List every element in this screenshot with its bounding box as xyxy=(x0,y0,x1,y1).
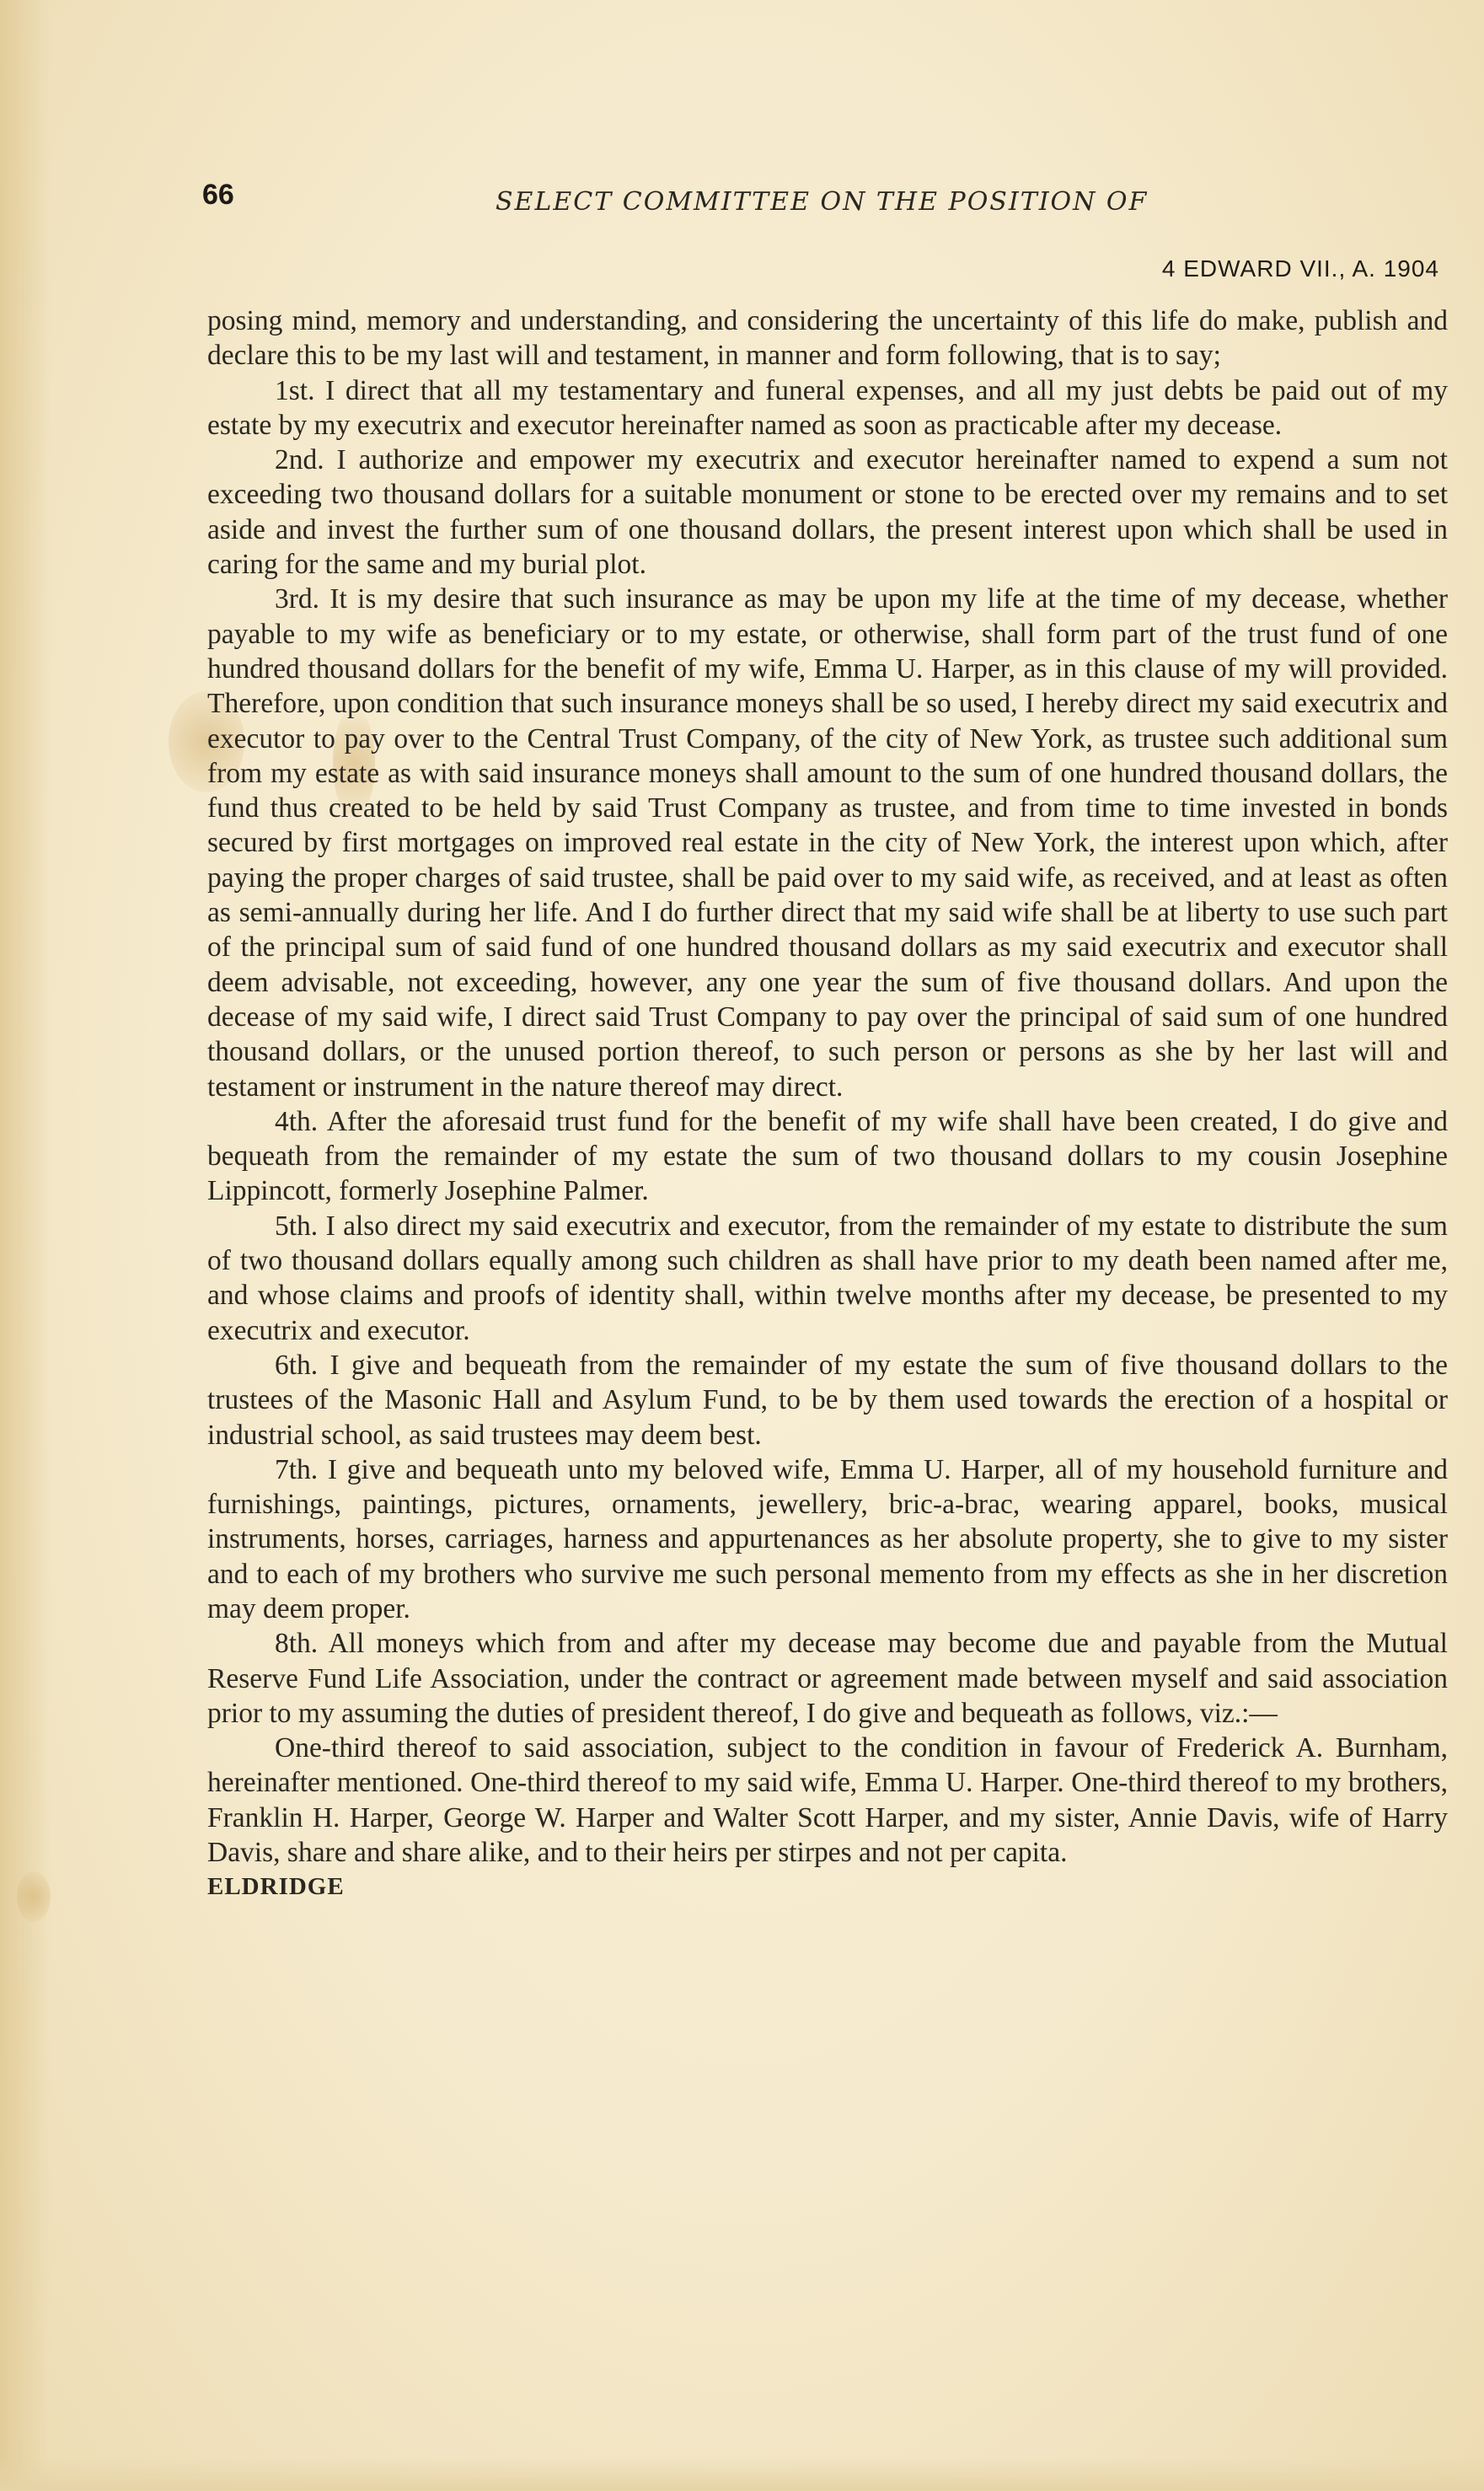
paragraph-clause-8th: 8th. All moneys which from and after my … xyxy=(207,1626,1448,1731)
paragraph-clause-2nd: 2nd. I authorize and empower my executri… xyxy=(207,443,1448,582)
paragraph-clause-1st: 1st. I direct that all my testamentary a… xyxy=(207,373,1448,443)
body-text: posing mind, memory and understanding, a… xyxy=(207,303,1448,1905)
paragraph-clause-4th: 4th. After the aforesaid trust fund for … xyxy=(207,1104,1448,1209)
paragraph-one-third-distribution: One-third thereof to said association, s… xyxy=(207,1731,1448,1870)
signature-eldridge: ELDRIDGE xyxy=(207,1870,1448,1904)
running-title: SELECT COMMITTEE ON THE POSITION OF xyxy=(496,187,1148,217)
paragraph-clause-5th: 5th. I also direct my said executrix and… xyxy=(207,1209,1448,1348)
paper-stain xyxy=(17,1871,51,1922)
paragraph-clause-3rd: 3rd. It is my desire that such insurance… xyxy=(207,582,1448,1103)
document-page: 66 SELECT COMMITTEE ON THE POSITION OF 4… xyxy=(0,0,1484,2491)
paragraph-continuation: posing mind, memory and understanding, a… xyxy=(207,303,1448,373)
paragraph-clause-7th: 7th. I give and bequeath unto my beloved… xyxy=(207,1452,1448,1626)
paragraph-clause-6th: 6th. I give and bequeath from the remain… xyxy=(207,1348,1448,1452)
session-reference: 4 EDWARD VII., A. 1904 xyxy=(1162,255,1439,282)
page-number: 66 xyxy=(202,179,234,212)
